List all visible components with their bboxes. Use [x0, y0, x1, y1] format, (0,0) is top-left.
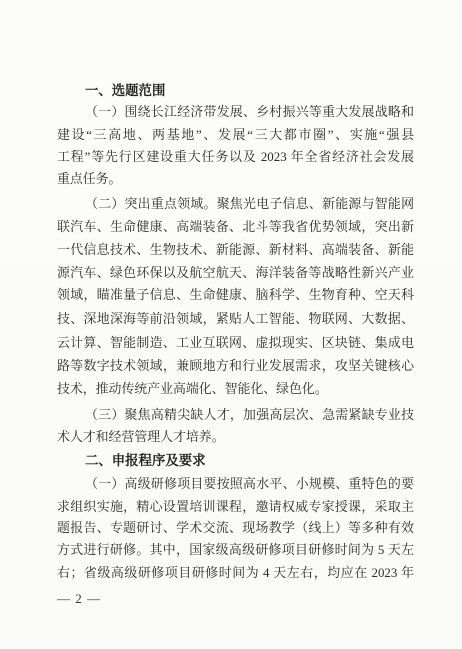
text-line: 路等数字技术领域，兼顾地方和行业发展需求，攻坚关键核心	[57, 358, 414, 377]
text-line: （一）围绕长江经济带发展、乡村振兴等重大发展战略和	[57, 104, 414, 123]
section-1-heading: 一、选题范围	[57, 82, 414, 101]
text-line: 工程”等先行区建设重大任务以及 2023 年全省经济社会发展	[57, 149, 414, 168]
text-line: （二）突出重点领域。聚焦光电子信息、新能源与智能网	[57, 196, 414, 215]
text-line: 联汽车、生命健康、高端装备、北斗等我省优势领域，突出新	[57, 219, 414, 238]
document-page: 一、选题范围 （一）围绕长江经济带发展、乡村振兴等重大发展战略和 建设“三高地、…	[0, 0, 462, 649]
text-line: （一）高级研修项目要按照高水平、小规模、重特色的要	[57, 476, 414, 495]
text-line: 技、深地深海等前沿领域，紧贴人工智能、物联网、大数据、	[57, 311, 414, 330]
text-line: 一代信息技术、生物技术、新能源、新材料、高端装备、新能	[57, 242, 414, 261]
text-line: 技术，推动传统产业高端化、智能化、绿色化。	[57, 381, 414, 400]
text-line: 右；省级高级研修项目研修时间为 4 天左右，均应在 2023 年 11	[57, 565, 414, 584]
text-line: 云计算、智能制造、工业互联网、虚拟现实、区块链、集成电	[57, 335, 414, 354]
text-line: （三）聚焦高精尖缺人才，加强高层次、急需紧缺专业技	[57, 407, 414, 426]
text-line: 领域，瞄准量子信息、生命健康、脑科学、生物育种、空天科	[57, 287, 414, 306]
text-line: 求组织实施，精心设置培训课程，邀请权威专家授课，采取主	[57, 499, 414, 518]
text-line: 重点任务。	[57, 171, 414, 190]
section-2-heading: 二、申报程序及要求	[57, 452, 414, 471]
text-line: 源汽车、绿色环保以及航空航天、海洋装备等战略性新兴产业	[57, 265, 414, 284]
text-line: 题报告、专题研讨、学术交流、现场教学（线上）等多种有效	[57, 520, 414, 539]
text-line: 方式进行研修。其中，国家级高级研修项目研修时间为 5 天左	[57, 542, 414, 561]
page-number: — 2 —	[57, 590, 414, 609]
text-line: 术人才和经营管理人才培养。	[57, 429, 414, 448]
text-line: 建设“三高地、两基地”、发展“三大都市圈”、实施“强县	[57, 127, 414, 146]
